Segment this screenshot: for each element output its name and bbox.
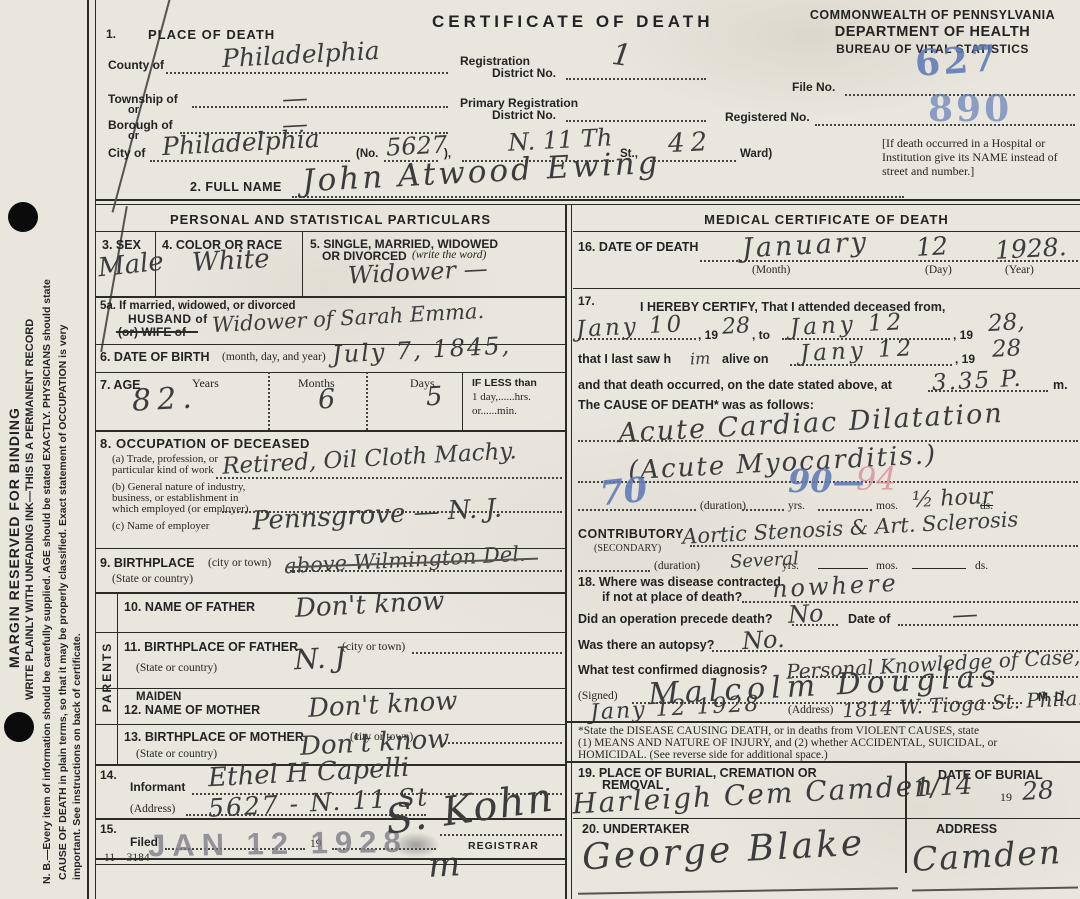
contracted-value: nowhere (771, 569, 899, 604)
agency-commonwealth: COMMONWEALTH OF PENNSYLVANIA (790, 8, 1075, 22)
employer-label: (c) Name of employer (112, 520, 209, 532)
rule (96, 231, 565, 232)
primreg-line (566, 120, 706, 122)
place-of-death-label: PLACE OF DEATH (148, 27, 275, 42)
rule (302, 231, 303, 296)
pen-underline (912, 887, 1078, 891)
header-rule (96, 199, 1080, 201)
secondary-label: (SECONDARY) (594, 543, 661, 554)
dob-sub-label: (month, day, and year) (222, 351, 326, 363)
autopsy-label: Was there an autopsy? (578, 638, 714, 652)
mother-birthplace-line (440, 742, 562, 744)
registered-no-label: Registered No. (725, 110, 810, 124)
duration-label: (duration) (700, 500, 746, 512)
mother-birthplace-label: 13. BIRTHPLACE OF MOTHER (124, 730, 304, 744)
parents-rule (117, 592, 118, 764)
marital-value: Widower — (347, 254, 488, 289)
right-column-title: MEDICAL CERTIFICATE OF DEATH (573, 212, 1080, 227)
margin-important-note: important. See instructions on back of c… (71, 550, 83, 880)
mother-name-label: 12. NAME OF MOTHER (124, 703, 260, 717)
father-birthplace-line (412, 652, 562, 654)
or-label-2: or (128, 130, 139, 142)
borough-label: Borough of (108, 118, 173, 132)
township-label: Township of (108, 92, 178, 106)
year-19-printed: , 19 (698, 328, 718, 342)
father-birthplace-sub2: (State or country) (136, 662, 217, 674)
undertaker-address-value: Camden (911, 832, 1063, 879)
death-day-value: 12 (915, 231, 948, 262)
duration-yrs-line (742, 509, 784, 511)
rule (96, 430, 565, 432)
maiden-label: MAIDEN (136, 691, 181, 703)
duration-yrs-label: yrs. (788, 500, 805, 512)
age-divider (268, 372, 270, 430)
time-of-death-value: 3.35 P. (931, 366, 1023, 397)
age-days-value: 5 (425, 382, 443, 413)
undertaker-address-label: ADDRESS (936, 822, 997, 836)
contracted-label-1: 18. Where was disease contracted (578, 575, 781, 589)
registered-no-value: 890 (928, 88, 1012, 130)
margin-binding-note: MARGIN RESERVED FOR BINDING (6, 28, 22, 668)
burial-date-value: 1/14 (913, 770, 973, 803)
operation-date-value: — (951, 599, 979, 630)
birthplace-sub-label: (city or town) (208, 557, 271, 569)
pen-underline (578, 887, 898, 894)
husband-of-label: HUSBAND of (128, 312, 208, 326)
rule (565, 721, 1080, 723)
if-less-label-2: 1 day,......hrs. (472, 391, 531, 403)
age-months-value: 6 (317, 384, 336, 416)
s1-num: 1. (106, 27, 116, 41)
regdist-label-2: District No. (492, 66, 556, 80)
employer-value: Pennsgrove — N. J. (251, 493, 502, 536)
father-birthplace-value: N. J (293, 641, 346, 677)
age-divider (462, 372, 463, 430)
burial-year-value: 28 (1021, 775, 1054, 806)
header-rule-2 (96, 204, 1080, 205)
dob-label: 6. DATE OF BIRTH (100, 350, 210, 364)
color-race-value: White (191, 244, 270, 278)
death-occurred-label: and that death occurred, on the date sta… (578, 378, 892, 392)
punch-hole-bottom (4, 712, 34, 742)
regdist-line (566, 78, 706, 80)
dob-value: July 7, 1845, (331, 331, 511, 368)
city-value: Philadelphia (161, 124, 320, 161)
father-birthplace-label: 11. BIRTHPLACE OF FATHER (124, 640, 298, 654)
footnote-line-3: HOMICIDAL. (See reverse side for additio… (578, 749, 828, 761)
city-label: City of (108, 146, 145, 160)
left-column-title: PERSONAL AND STATISTICAL PARTICULARS (96, 212, 565, 227)
informant-address-label: (Address) (130, 803, 175, 815)
father-name-value: Don't know (294, 586, 445, 624)
last-saw-value: Jany 12 (799, 335, 916, 367)
county-label: County of (108, 58, 164, 72)
ward-label: Ward) (740, 148, 772, 160)
contributory-value: Aortic Stenosis & Art. Sclerosis (682, 507, 1019, 549)
duration2-ds-dash (912, 568, 966, 569)
full-name-label: 2. FULL NAME (190, 180, 282, 194)
township-line (192, 106, 448, 108)
rule (96, 864, 565, 865)
certify-num: 17. (578, 294, 595, 308)
operation-label: Did an operation precede death? (578, 612, 772, 626)
column-divider (565, 205, 567, 899)
death-certificate-scan: MARGIN RESERVED FOR BINDING WRITE PLAINL… (0, 0, 1080, 899)
death-year-value: 1928. (994, 232, 1067, 265)
rule (96, 372, 565, 373)
autopsy-value: No. (741, 625, 785, 655)
rule (96, 296, 565, 298)
operation-date-label: Date of (848, 612, 890, 626)
ink-smudge (392, 832, 440, 858)
duration2-mos-dash (818, 568, 868, 569)
registrar-line (440, 834, 562, 836)
occupation-a-label-2: particular kind of work (112, 464, 214, 476)
informant-num: 14. (100, 768, 117, 782)
margin-nb-note: N. B.—Every item of information should b… (41, 18, 53, 884)
operation-date-line (898, 624, 1078, 626)
duration-mos-line (818, 509, 872, 511)
or-label-1: or (128, 104, 139, 116)
operation-value: No (787, 599, 824, 629)
margin-cause-note: CAUSE OF DEATH in plain terms, so that i… (57, 30, 69, 880)
annotation-blue-90: 90— (788, 462, 865, 500)
informant-label: Informant (130, 780, 185, 794)
margin-rule-outer (87, 0, 89, 899)
occupation-b-label-3: which employed (or employer) (112, 503, 249, 515)
annotation-pink-94: 94 (856, 460, 897, 498)
last-saw-him: im (690, 348, 711, 368)
last-saw-label-1: that I last saw h (578, 352, 671, 366)
birthplace-label: 9. BIRTHPLACE (100, 556, 194, 570)
rule (96, 724, 565, 725)
duration2-label: (duration) (654, 560, 700, 572)
contributory-line (690, 545, 1078, 547)
duration-mos-label: mos. (876, 500, 898, 512)
attended-to-year: 28, (987, 309, 1025, 337)
mother-name-value: Don't know (307, 686, 458, 724)
occupation-label: 8. OCCUPATION OF DECEASED (100, 436, 310, 451)
registrar-label: REGISTRAR (468, 840, 539, 852)
file-no-label: File No. (792, 80, 835, 94)
rule (96, 688, 565, 689)
if-less-label-3: or......min. (472, 405, 517, 417)
year-19-printed-2: , 19 (953, 328, 973, 342)
file-no-value: 627 (914, 37, 1001, 85)
regdist-value: 1 (610, 37, 634, 74)
burial-year-prefix: 19 (1000, 790, 1012, 805)
agency-department: DEPARTMENT OF HEALTH (790, 24, 1075, 40)
physician-address-label: (Address) (788, 704, 833, 716)
year-sub-label: (Year) (1005, 264, 1034, 276)
footnote-line-2: (1) MEANS AND NATURE OF INJURY, and (2) … (578, 737, 997, 749)
contributory-label: CONTRIBUTORY (578, 527, 684, 541)
duration-line (578, 509, 696, 511)
father-name-label: 10. NAME OF FATHER (124, 600, 255, 614)
margin-ink-note: WRITE PLAINLY WITH UNFADING INK—THIS IS … (24, 30, 36, 700)
hospital-note: [If death occurred in a Hospital or Inst… (882, 136, 1078, 178)
father-birthplace-sub: (city or town) (342, 641, 405, 653)
certificate-title: CERTIFICATE OF DEATH (432, 12, 713, 32)
duration2-line (578, 570, 650, 572)
rule (573, 288, 1080, 289)
attended-from-year: 28 (721, 313, 750, 339)
ward-value: 42 (667, 127, 714, 159)
year-19-printed-3: , 19 (955, 352, 975, 366)
county-line (166, 72, 448, 74)
contracted-label-2: if not at place of death? (602, 590, 742, 604)
rule (565, 761, 1080, 763)
duration2-ds-label: ds. (975, 560, 988, 572)
rule (96, 632, 565, 633)
last-saw-year: 28 (991, 335, 1022, 362)
birthplace-sub2-label: (State or country) (112, 573, 193, 585)
filed-num: 15. (100, 822, 117, 836)
duration2-yrs-label: yrs. (782, 560, 799, 572)
primreg-label-2: District No. (492, 108, 556, 122)
last-saw-label-2: alive on (722, 352, 769, 366)
cause-line-1 (578, 440, 1078, 442)
ward-line (650, 160, 736, 162)
to-printed: , to (752, 328, 770, 342)
day-sub-label: (Day) (925, 264, 952, 276)
date-of-death-label: 16. DATE OF DEATH (578, 240, 698, 254)
if-less-label-1: IF LESS than (472, 377, 537, 389)
age-divider (366, 372, 368, 430)
house-no-open: (No. (356, 148, 378, 160)
month-sub-label: (Month) (752, 264, 790, 276)
age-years-value: 82. (131, 380, 198, 418)
wife-strikethrough (116, 331, 198, 333)
death-month-value: January (741, 227, 869, 265)
full-name-line (292, 196, 904, 198)
footnote-line-1: *State the DISEASE CAUSING DEATH, or in … (578, 725, 979, 737)
time-m-label: m. (1053, 378, 1068, 392)
mother-birthplace-sub2: (State or country) (136, 748, 217, 760)
burial-divider (905, 761, 907, 873)
rule (96, 858, 565, 860)
rule (573, 818, 1080, 819)
annotation-blue-70: 70 (598, 470, 649, 515)
